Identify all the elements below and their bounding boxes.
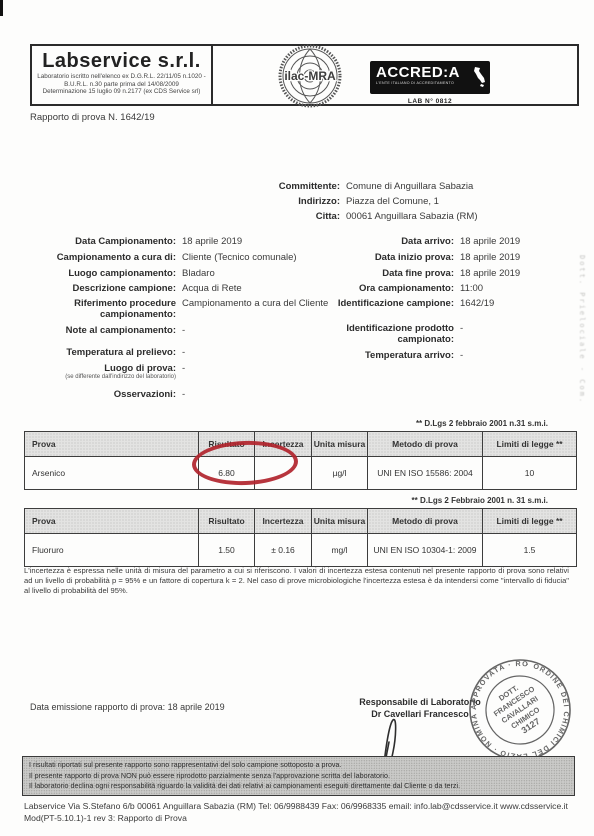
field-indirizzo: Indirizzo: Piazza del Comune, 1 xyxy=(200,196,439,207)
cell-unita: mg/l xyxy=(312,534,368,567)
footer-address-line: Labservice Via S.Stefano 6/b 00061 Angui… xyxy=(24,801,568,811)
accredia-logo: ACCRED:A L'ENTE ITALIANO DI ACCREDITAMEN… xyxy=(370,61,490,94)
company-subtitle: Laboratorio iscritto nell'elenco ex D.G.… xyxy=(32,73,211,96)
field-note-campionamento: Note al campionamento: - xyxy=(24,325,185,336)
cell-risultato: 1.50 xyxy=(199,534,255,567)
table1-law-caption: ** D.Lgs 2 febbraio 2001 n.31 s.m.i. xyxy=(24,419,576,428)
field-luogo-campionamento: Luogo campionamento: Bladaro xyxy=(24,268,215,279)
col-limiti: Limiti di legge ** xyxy=(483,509,577,534)
ilac-mra-logo-icon: ilac-MRA xyxy=(277,43,343,109)
results-table-fluoruro: Prova Risultato Incertezza Unita misura … xyxy=(24,508,577,567)
col-metodo: Metodo di prova xyxy=(368,432,483,457)
header-divider xyxy=(211,46,213,104)
cell-unita: µg/l xyxy=(312,457,368,490)
cell-limite: 10 xyxy=(483,457,577,490)
cell-metodo: UNI EN ISO 15586: 2004 xyxy=(368,457,483,490)
table-row-fluoruro: Fluoruro 1.50 ± 0.16 mg/l UNI EN ISO 103… xyxy=(25,534,577,567)
emission-date-line: Data emissione rapporto di prova: 18 apr… xyxy=(30,702,225,712)
field-luogo-di-prova: Luogo di prova:(se differente dall'indir… xyxy=(24,363,185,381)
disclaimer-line: Il presente rapporto di prova NON può es… xyxy=(29,771,568,782)
field-temperatura-arrivo: Temperatura arrivo: - xyxy=(306,350,463,361)
col-risultato: Risultato xyxy=(199,509,255,534)
field-data-fine-prova: Data fine prova: 18 aprile 2019 xyxy=(306,268,520,279)
disclaimer-box: I risultati riportati sul presente rappo… xyxy=(22,756,575,796)
cell-prova: Arsenico xyxy=(25,457,199,490)
col-prova: Prova xyxy=(25,432,199,457)
scan-artifact-text: Dott. Prielociale - Com. xyxy=(578,255,586,404)
accredia-subtitle: L'ENTE ITALIANO DI ACCREDITAMENTO xyxy=(376,81,484,85)
field-committente: Committente: Comune di Anguillara Sabazi… xyxy=(200,181,473,192)
field-descrizione-campione: Descrizione campione: Acqua di Rete xyxy=(24,283,242,294)
col-limiti: Limiti di legge ** xyxy=(483,432,577,457)
col-incertezza: Incertezza xyxy=(255,509,312,534)
scan-edge-mark xyxy=(0,0,3,16)
col-metodo: Metodo di prova xyxy=(368,509,483,534)
field-ora-campionamento: Ora campionamento: 11:00 xyxy=(306,283,483,294)
field-osservazioni: Osservazioni: - xyxy=(24,389,185,400)
field-data-arrivo: Data arrivo: 18 aprile 2019 xyxy=(306,236,520,247)
svg-text:ilac-MRA: ilac-MRA xyxy=(284,69,336,83)
cell-metodo: UNI EN ISO 10304-1: 2009 xyxy=(368,534,483,567)
table2-law-caption: ** D.Lgs 2 Febbraio 2001 n. 31 s.m.i. xyxy=(24,496,576,505)
cell-prova: Fluoruro xyxy=(25,534,199,567)
table-header-row: Prova Risultato Incertezza Unita misura … xyxy=(25,509,577,534)
letterhead: Labservice s.r.l. Laboratorio iscritto n… xyxy=(30,44,579,106)
field-identificazione-campione: Identificazione campione: 1642/19 xyxy=(306,298,494,309)
italy-silhouette-icon xyxy=(472,66,486,88)
uncertainty-note: L'incertezza è espressa nelle unità di m… xyxy=(24,566,569,596)
table-row-arsenico: Arsenico 6.80 µg/l UNI EN ISO 15586: 200… xyxy=(25,457,577,490)
field-citta: Citta: 00061 Anguillara Sabazia (RM) xyxy=(200,211,478,222)
accreditation-lab-number: LAB N° 0812 xyxy=(370,98,490,105)
col-prova: Prova xyxy=(25,509,199,534)
field-temperatura-prelievo: Temperatura al prelievo: - xyxy=(24,347,185,358)
table-header-row: Prova Risultato Incertezza Unita misura … xyxy=(25,432,577,457)
accredia-name: ACCRED:A xyxy=(376,64,484,81)
col-unita-misura: Unita misura xyxy=(312,432,368,457)
company-block: Labservice s.r.l. Laboratorio iscritto n… xyxy=(32,46,211,104)
disclaimer-line: I risultati riportati sul presente rappo… xyxy=(29,760,568,771)
col-unita-misura: Unita misura xyxy=(312,509,368,534)
luogo-di-prova-note: (se differente dall'indirizzo del labora… xyxy=(24,374,176,381)
field-data-inizio-prova: Data inizio prova: 18 aprile 2019 xyxy=(306,252,520,263)
field-identificazione-prodotto: Identificazione prodotto campionato: - xyxy=(306,323,463,345)
results-table-arsenico: Prova Risultato Incertezza Unita misura … xyxy=(24,431,577,490)
field-riferimento-procedure: Riferimento procedure campionamento: Cam… xyxy=(24,298,328,320)
company-name: Labservice s.r.l. xyxy=(32,51,211,71)
footer-doc-code: Mod(PT-5.10.1)-1 rev 3: Rapporto di Prov… xyxy=(24,813,187,823)
disclaimer-line: Il laboratorio declina ogni responsabili… xyxy=(29,781,568,792)
cell-incertezza: ± 0.16 xyxy=(255,534,312,567)
scanned-lab-report-page: Labservice s.r.l. Laboratorio iscritto n… xyxy=(0,0,594,836)
field-campionamento-a-cura-di: Campionamento a cura di: Cliente (Tecnic… xyxy=(24,252,297,263)
cell-limite: 1.5 xyxy=(483,534,577,567)
field-data-campionamento: Data Campionamento: 18 aprile 2019 xyxy=(24,236,242,247)
report-number: Rapporto di prova N. 1642/19 xyxy=(30,112,155,123)
